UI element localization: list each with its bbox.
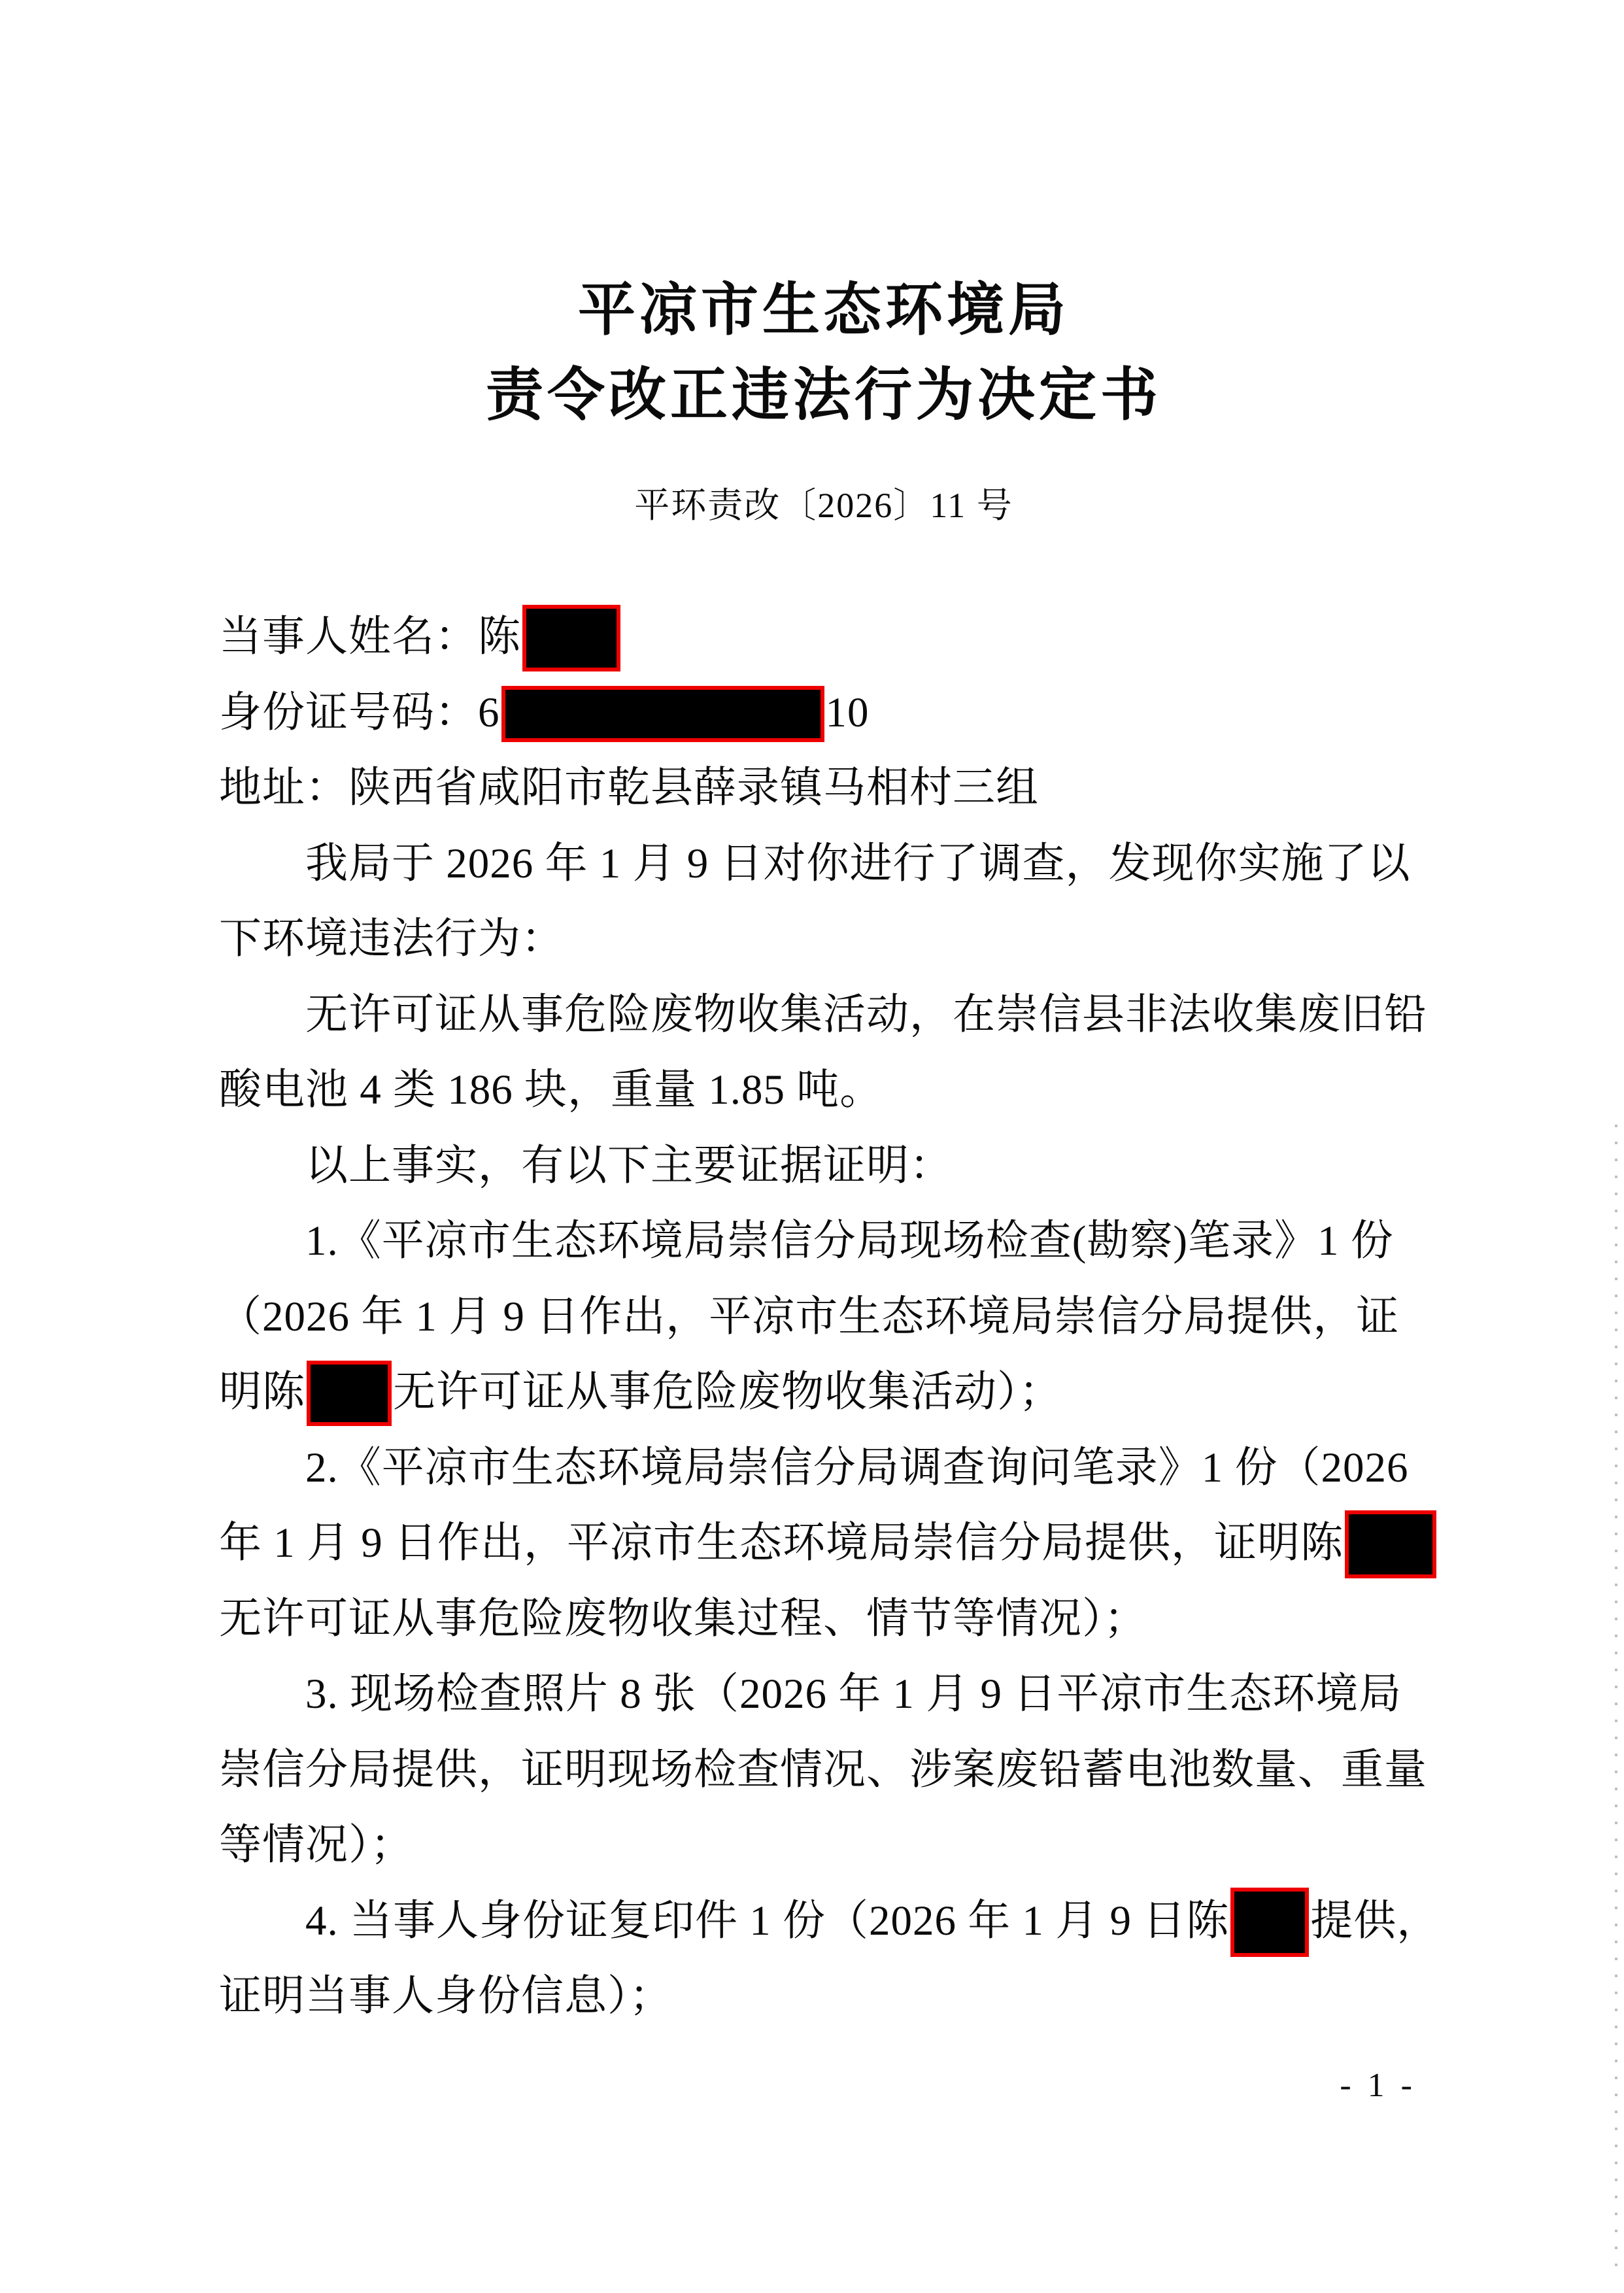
evidence-1-text-1: 1.《平凉市生态环境局崇信分局现场检查(勘察)笔录》1 份 xyxy=(305,1217,1394,1265)
document-body: 当事人姓名：陈 身份证号码：610 地址：陕西省咸阳市乾县薛录镇马相村三组 我局… xyxy=(219,600,1430,2035)
id-number-suffix: 10 xyxy=(826,689,870,736)
evidence-4-text-2: 证明当事人身份信息）； xyxy=(219,1973,673,2020)
violation-text-2: 酸电池 4 类 186 块，重量 1.85 吨。 xyxy=(219,1066,883,1113)
investigation-text-1: 我局于 2026 年 1 月 9 日对你进行了调查，发现你实施了以 xyxy=(305,840,1411,887)
evidence-3-text-2: 崇信分局提供，证明现场检查情况、涉案废铅蓄电池数量、重量 xyxy=(219,1746,1427,1793)
evidence-4-line-1: 4. 当事人身份证复印件 1 份（2026 年 1 月 9 日陈提供， xyxy=(219,1884,1430,1960)
document-title-line1: 平凉市生态环境局 xyxy=(219,280,1429,343)
scan-noise-right-edge xyxy=(1615,1125,1617,2275)
investigation-text-2: 下环境违法行为： xyxy=(219,915,564,962)
violation-line-1: 无许可证从事危险废物收集活动，在崇信县非法收集废旧铅 xyxy=(219,977,1430,1053)
party-name-text: 当事人姓名：陈 xyxy=(219,613,521,660)
evidence-3-line-2: 崇信分局提供，证明现场检查情况、涉案废铅蓄电池数量、重量 xyxy=(219,1733,1430,1809)
evidence-2-line-1: 2.《平凉市生态环境局崇信分局调查询问笔录》1 份（2026 xyxy=(219,1431,1430,1506)
evidence-1-text-3b: 无许可证从事危险废物收集活动）； xyxy=(393,1368,1062,1416)
redaction-box-party-name xyxy=(522,605,620,671)
evidence-2-text-1: 2.《平凉市生态环境局崇信分局调查询问笔录》1 份（2026 xyxy=(305,1444,1409,1491)
address-line: 地址：陕西省咸阳市乾县薛录镇马相村三组 xyxy=(219,751,1430,826)
redaction-box-id-number xyxy=(501,686,824,742)
redaction-box-evidence-4 xyxy=(1230,1888,1309,1957)
party-name-line: 当事人姓名：陈 xyxy=(219,600,1430,675)
id-number-line: 身份证号码：610 xyxy=(219,675,1430,751)
evidence-3-text-1: 3. 现场检查照片 8 张（2026 年 1 月 9 日平凉市生态环境局 xyxy=(305,1671,1402,1718)
redaction-box-evidence-2 xyxy=(1345,1510,1436,1578)
document-title-line2: 责令改正违法行为决定书 xyxy=(219,365,1429,428)
evidence-1-line-3: 明陈无许可证从事危险废物收集活动）； xyxy=(219,1355,1430,1431)
evidence-3-line-3: 等情况）； xyxy=(219,1808,1430,1884)
evidence-1-line-2: （2026 年 1 月 9 日作出，平凉市生态环境局崇信分局提供，证 xyxy=(219,1280,1430,1355)
id-number-prefix: 身份证号码：6 xyxy=(219,689,500,736)
evidence-2-line-2: 年 1 月 9 日作出，平凉市生态环境局崇信分局提供，证明陈 xyxy=(219,1506,1430,1582)
evidence-intro-text: 以上事实，有以下主要证据证明： xyxy=(305,1142,953,1189)
violation-line-2: 酸电池 4 类 186 块，重量 1.85 吨。 xyxy=(219,1053,1430,1129)
evidence-intro-line: 以上事实，有以下主要证据证明： xyxy=(219,1129,1430,1204)
evidence-3-line-1: 3. 现场检查照片 8 张（2026 年 1 月 9 日平凉市生态环境局 xyxy=(219,1657,1430,1733)
evidence-1-text-2: （2026 年 1 月 9 日作出，平凉市生态环境局崇信分局提供，证 xyxy=(219,1293,1399,1340)
evidence-3-text-3: 等情况）； xyxy=(219,1822,414,1869)
document-number: 平环责改〔2026〕11 号 xyxy=(219,485,1429,526)
page-number: - 1 - xyxy=(1340,2067,1416,2104)
evidence-2-line-3: 无许可证从事危险废物收集过程、情节等情况）； xyxy=(219,1582,1430,1657)
evidence-2-text-3: 无许可证从事危险废物收集过程、情节等情况）； xyxy=(219,1595,1147,1642)
document-page: 平凉市生态环境局 责令改正违法行为决定书 平环责改〔2026〕11 号 当事人姓… xyxy=(0,0,1624,2293)
violation-text-1: 无许可证从事危险废物收集活动，在崇信县非法收集废旧铅 xyxy=(305,991,1427,1038)
evidence-1-text-3a: 明陈 xyxy=(219,1368,305,1416)
investigation-line-1: 我局于 2026 年 1 月 9 日对你进行了调查，发现你实施了以 xyxy=(219,826,1430,902)
evidence-2-text-2: 年 1 月 9 日作出，平凉市生态环境局崇信分局提供，证明陈 xyxy=(219,1520,1344,1567)
evidence-4-text-1a: 4. 当事人身份证复印件 1 份（2026 年 1 月 9 日陈 xyxy=(305,1897,1229,1945)
redaction-box-evidence-1 xyxy=(307,1361,392,1426)
evidence-4-text-1b: 提供， xyxy=(1310,1897,1440,1945)
evidence-4-line-2: 证明当事人身份信息）； xyxy=(219,1959,1430,2035)
address-text: 地址：陕西省咸阳市乾县薛录镇马相村三组 xyxy=(219,764,1039,811)
investigation-line-2: 下环境违法行为： xyxy=(219,902,1430,977)
evidence-1-line-1: 1.《平凉市生态环境局崇信分局现场检查(勘察)笔录》1 份 xyxy=(219,1204,1430,1280)
